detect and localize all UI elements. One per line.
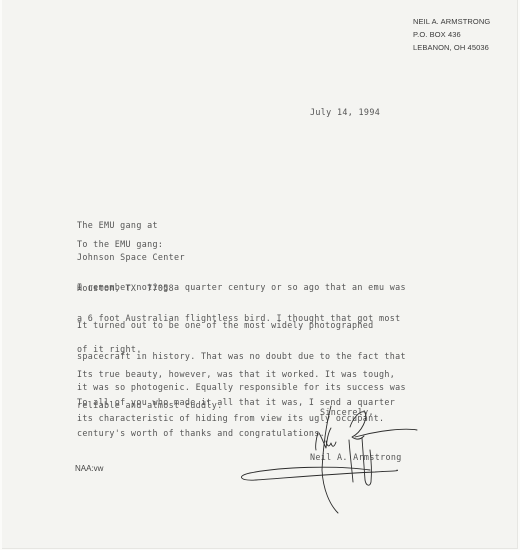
- text-line: I remember noting a quarter century or s…: [77, 282, 406, 292]
- typist-initials: NAA:vw: [75, 464, 103, 473]
- salutation: To the EMU gang:: [77, 239, 163, 249]
- paragraph: To all of you who made it all that it wa…: [77, 376, 395, 459]
- letterhead-box: P.O. BOX 436: [413, 28, 490, 41]
- text-line: It turned out to be one of the most wide…: [77, 320, 406, 330]
- letterhead-name: NEIL A. ARMSTRONG: [413, 15, 490, 28]
- letterhead: NEIL A. ARMSTRONG P.O. BOX 436 LEBANON, …: [413, 15, 490, 54]
- text-line: To all of you who made it all that it wa…: [77, 397, 395, 407]
- letter-page: NEIL A. ARMSTRONG P.O. BOX 436 LEBANON, …: [2, 0, 518, 549]
- letter-date: July 14, 1994: [310, 107, 380, 117]
- letterhead-city: LEBANON, OH 45036: [413, 41, 490, 54]
- recipient-line: The EMU gang at: [77, 220, 185, 231]
- closing: Sincerely,: [320, 407, 374, 417]
- signer-name: Neil A. Armstrong: [310, 452, 402, 462]
- text-line: century's worth of thanks and congratula…: [77, 428, 395, 438]
